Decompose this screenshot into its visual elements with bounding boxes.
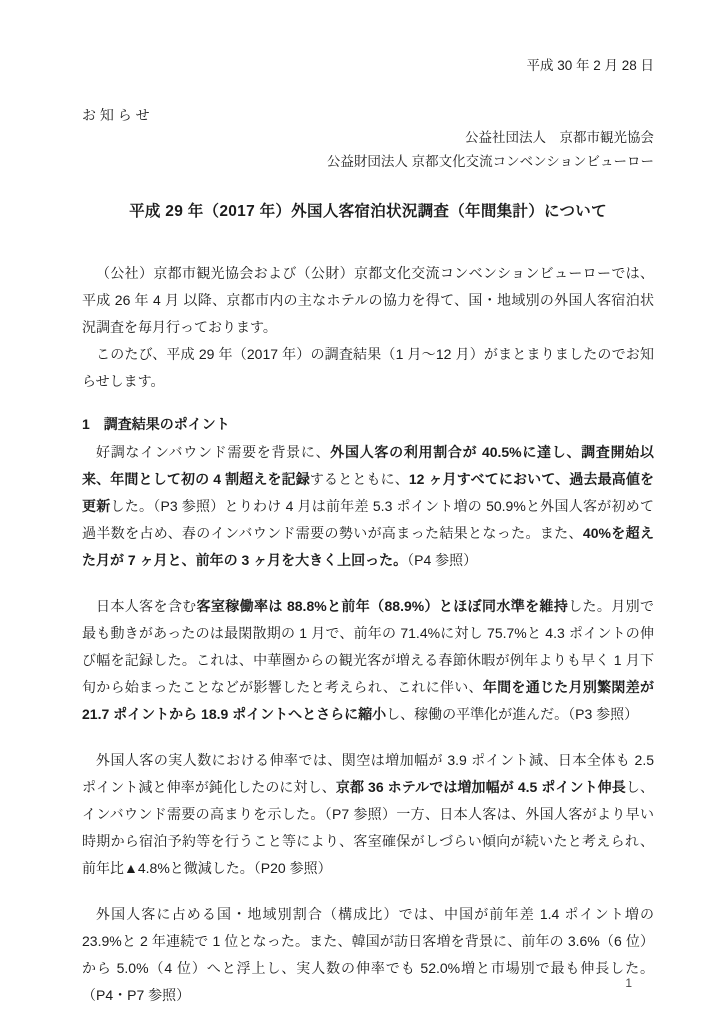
intro-paragraph-1: （公社）京都市観光協会および（公財）京都文化交流コンベンションビューローでは、平…	[82, 260, 654, 341]
point-paragraph-1: 好調なインバウンド需要を背景に、外国人客の利用割合が 40.5%に達し、調査開始…	[82, 439, 654, 574]
document-date: 平成 30 年 2 月 28 日	[82, 56, 654, 76]
document-title: 平成 29 年（2017 年）外国人客宿泊状況調査（年間集計）について	[82, 200, 654, 224]
intro-paragraph-2: このたび、平成 29 年（2017 年）の調査結果（1 月～12 月）がまとまり…	[82, 341, 654, 395]
point-paragraph-3: 外国人客の実人数における伸率では、関空は増加幅が 3.9 ポイント減、日本全体も…	[82, 747, 654, 882]
section-1-heading: 1 調査結果のポイント	[82, 413, 654, 435]
point-paragraph-2: 日本人客を含む客室稼働率は 88.8%と前年（88.9%）とほぼ同水準を維持した…	[82, 593, 654, 728]
organization-1: 公益社団法人 京都市観光協会	[82, 126, 654, 150]
issuing-organizations: 公益社団法人 京都市観光協会 公益財団法人 京都文化交流コンベンションビューロー	[82, 126, 654, 174]
section-1-body: 好調なインバウンド需要を背景に、外国人客の利用割合が 40.5%に達し、調査開始…	[82, 439, 654, 1009]
organization-2: 公益財団法人 京都文化交流コンベンションビューロー	[82, 150, 654, 174]
notice-label: お 知 ら せ	[82, 104, 654, 126]
page-number: 1	[625, 976, 632, 990]
point-paragraph-4: 外国人客に占める国・地域別割合（構成比）では、中国が前年差 1.4 ポイント増の…	[82, 901, 654, 1009]
intro-section: （公社）京都市観光協会および（公財）京都文化交流コンベンションビューローでは、平…	[82, 260, 654, 395]
document-page: 平成 30 年 2 月 28 日 お 知 ら せ 公益社団法人 京都市観光協会 …	[0, 0, 724, 1024]
